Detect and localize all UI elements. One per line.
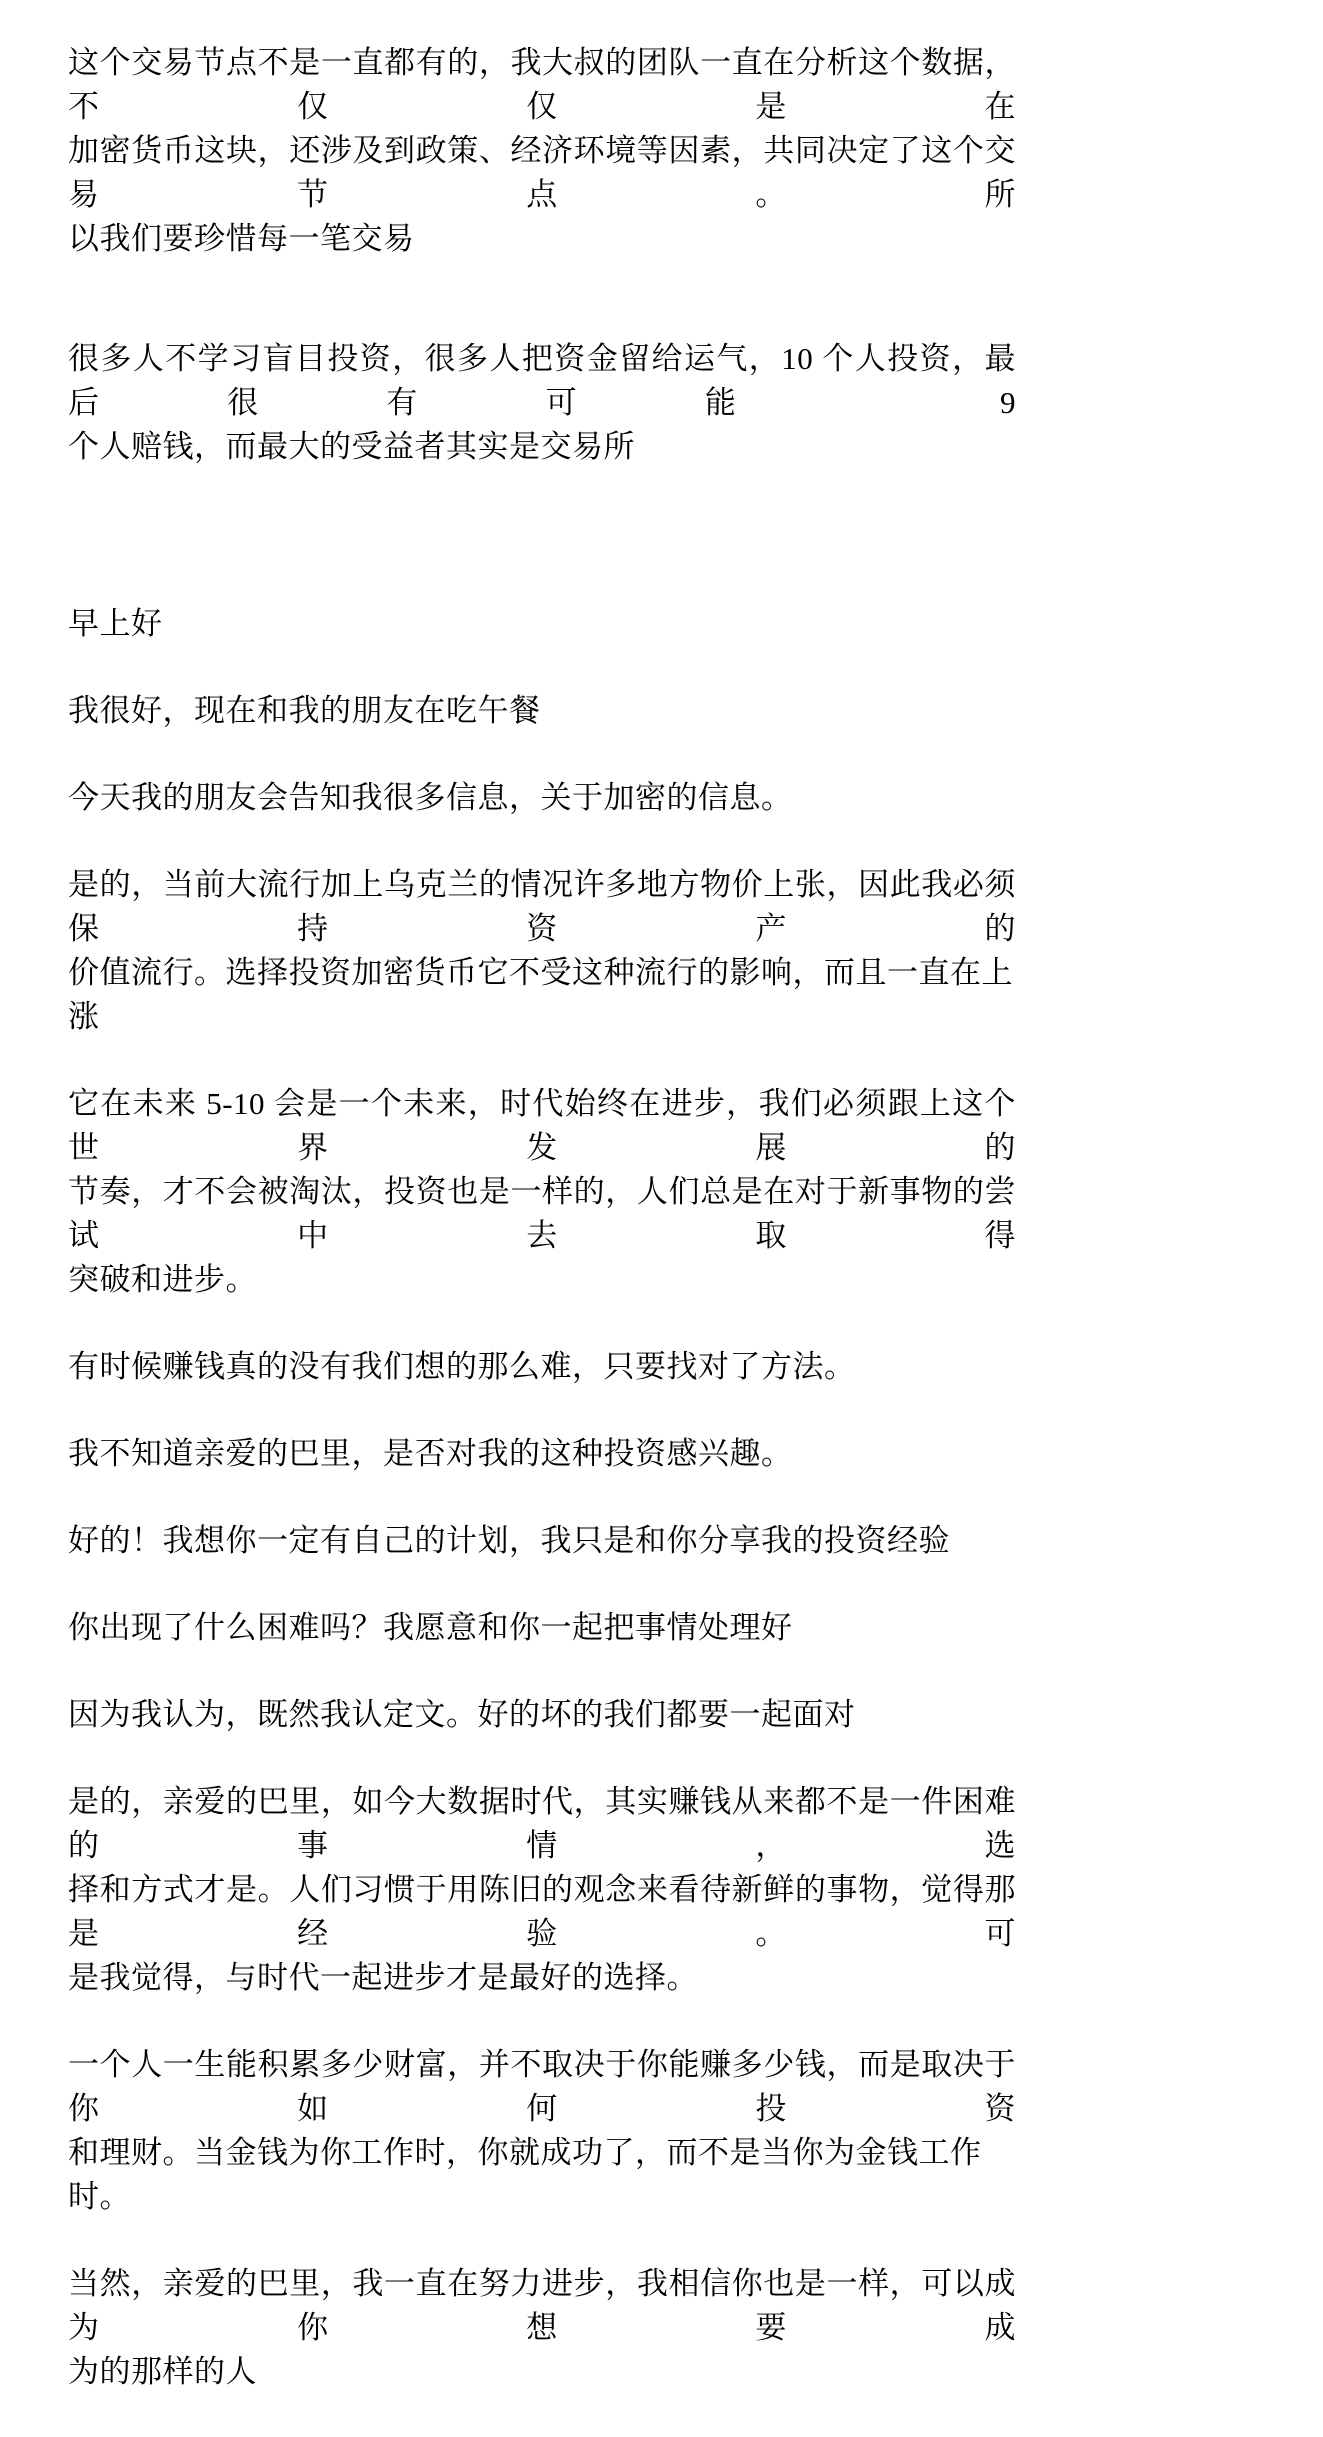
text-line: 好的！我想你一定有自己的计划，我只是和你分享我的投资经验	[68, 1519, 1016, 1563]
paragraph-2: 很多人不学习盲目投资，很多人把资金留给运气，10 个人投资，最后很有可能 9 个…	[68, 337, 1016, 469]
text-line: 择和方式才是。人们习惯于用陈旧的观念来看待新鲜的事物，觉得那是经验。可	[68, 1868, 1016, 1956]
paragraph-5: 今天我的朋友会告知我很多信息，关于加密的信息。	[68, 776, 1016, 820]
text-line: 为的那样的人	[68, 2350, 1016, 2394]
paragraph-12: 因为我认为，既然我认定文。好的坏的我们都要一起面对	[68, 1693, 1016, 1737]
paragraph-8: 有时候赚钱真的没有我们想的那么难，只要找对了方法。	[68, 1345, 1016, 1389]
text-line: 我很好，现在和我的朋友在吃午餐	[68, 689, 1016, 733]
paragraph-13: 是的，亲爱的巴里，如今大数据时代，其实赚钱从来都不是一件困难的事情，选 择和方式…	[68, 1780, 1016, 2000]
text-line: 是我觉得，与时代一起进步才是最好的选择。	[68, 1956, 1016, 2000]
paragraph-9: 我不知道亲爱的巴里，是否对我的这种投资感兴趣。	[68, 1432, 1016, 1476]
paragraph-7: 它在未来 5-10 会是一个未来，时代始终在进步，我们必须跟上这个世界发展的 节…	[68, 1082, 1016, 1302]
text-line: 个人赔钱，而最大的受益者其实是交易所	[68, 425, 1016, 469]
text-line: 有时候赚钱真的没有我们想的那么难，只要找对了方法。	[68, 1345, 1016, 1389]
paragraph-3: 早上好	[68, 602, 1016, 646]
text-line: 以我们要珍惜每一笔交易	[68, 217, 1016, 261]
text-line: 当然，亲爱的巴里，我一直在努力进步，我相信你也是一样，可以成为你想要成	[68, 2262, 1016, 2350]
text-line: 是的，亲爱的巴里，如今大数据时代，其实赚钱从来都不是一件困难的事情，选	[68, 1780, 1016, 1868]
text-line: 加密货币这块，还涉及到政策、经济环境等因素，共同决定了这个交易节点。所	[68, 129, 1016, 217]
paragraph-1: 这个交易节点不是一直都有的，我大叔的团队一直在分析这个数据，不仅仅是在 加密货币…	[68, 41, 1016, 261]
paragraph-11: 你出现了什么困难吗？我愿意和你一起把事情处理好	[68, 1606, 1016, 1650]
text-line: 和理财。当金钱为你工作时，你就成功了，而不是当你为金钱工作时。	[68, 2131, 1016, 2219]
text-line: 突破和进步。	[68, 1258, 1016, 1302]
text-line: 价值流行。选择投资加密货币它不受这种流行的影响，而且一直在上涨	[68, 951, 1016, 1039]
paragraph-10: 好的！我想你一定有自己的计划，我只是和你分享我的投资经验	[68, 1519, 1016, 1563]
document-body: 这个交易节点不是一直都有的，我大叔的团队一直在分析这个数据，不仅仅是在 加密货币…	[68, 41, 1016, 2394]
text-line: 它在未来 5-10 会是一个未来，时代始终在进步，我们必须跟上这个世界发展的	[68, 1082, 1016, 1170]
text-line: 因为我认为，既然我认定文。好的坏的我们都要一起面对	[68, 1693, 1016, 1737]
document-page: 这个交易节点不是一直都有的，我大叔的团队一直在分析这个数据，不仅仅是在 加密货币…	[0, 0, 1323, 2394]
text-line: 节奏，才不会被淘汰，投资也是一样的，人们总是在对于新事物的尝试中去取得	[68, 1170, 1016, 1258]
text-line: 你出现了什么困难吗？我愿意和你一起把事情处理好	[68, 1606, 1016, 1650]
paragraph-4: 我很好，现在和我的朋友在吃午餐	[68, 689, 1016, 733]
text-line: 一个人一生能积累多少财富，并不取决于你能赚多少钱，而是取决于你如何投资	[68, 2043, 1016, 2131]
text-line: 这个交易节点不是一直都有的，我大叔的团队一直在分析这个数据，不仅仅是在	[68, 41, 1016, 129]
paragraph-6: 是的，当前大流行加上乌克兰的情况许多地方物价上张，因此我必须保持资产的 价值流行…	[68, 863, 1016, 1039]
paragraph-15: 当然，亲爱的巴里，我一直在努力进步，我相信你也是一样，可以成为你想要成 为的那样…	[68, 2262, 1016, 2394]
text-line: 是的，当前大流行加上乌克兰的情况许多地方物价上张，因此我必须保持资产的	[68, 863, 1016, 951]
text-line: 我不知道亲爱的巴里，是否对我的这种投资感兴趣。	[68, 1432, 1016, 1476]
paragraph-14: 一个人一生能积累多少财富，并不取决于你能赚多少钱，而是取决于你如何投资 和理财。…	[68, 2043, 1016, 2219]
text-line: 今天我的朋友会告知我很多信息，关于加密的信息。	[68, 776, 1016, 820]
text-line: 早上好	[68, 602, 1016, 646]
text-line: 很多人不学习盲目投资，很多人把资金留给运气，10 个人投资，最后很有可能 9	[68, 337, 1016, 425]
